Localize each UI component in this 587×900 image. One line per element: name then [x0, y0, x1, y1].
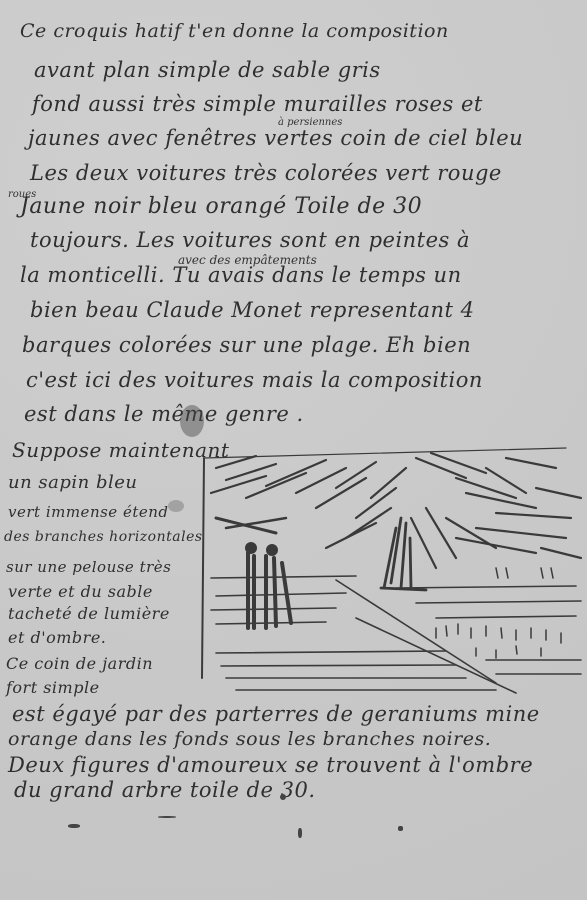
- bottom-line-2: orange dans les fonds sous les branches …: [8, 730, 491, 749]
- side-line-6: verte et du sable: [8, 584, 153, 600]
- garden-sketch: [196, 438, 587, 700]
- flower-beds: [436, 568, 561, 658]
- text-line-7: toujours. Les voitures sont en peintes à: [30, 230, 470, 251]
- bottom-line-1: est égayé par des parterres de geraniums…: [12, 704, 540, 725]
- text-line-6: Jaune noir bleu orangé Toile de 30: [20, 196, 422, 218]
- side-line-2: un sapin bleu: [8, 474, 138, 492]
- text-line-11: c'est ici des voitures mais la compositi…: [26, 370, 483, 391]
- text-line-3: fond aussi très simple murailles roses e…: [32, 94, 483, 115]
- text-line-2: avant plan simple de sable gris: [34, 60, 381, 81]
- ink-speck: [280, 794, 286, 800]
- bottom-line-3: Deux figures d'amoureux se trouvent à l'…: [8, 755, 533, 776]
- two-figures: [247, 544, 291, 628]
- ink-speck: [158, 816, 176, 818]
- side-line-9: Ce coin de jardin: [6, 656, 153, 672]
- ink-stain: [180, 405, 204, 437]
- pine-trunk: [381, 518, 426, 590]
- text-line-8: la monticelli. Tu avais dans le temps un: [20, 265, 462, 286]
- path: [336, 580, 516, 693]
- side-line-5: sur une pelouse très: [6, 560, 171, 575]
- side-line-4: des branches horizontales: [4, 530, 203, 544]
- text-line-4: jaunes avec fenêtres vertes coin de ciel…: [28, 128, 523, 149]
- side-line-10: fort simple: [6, 680, 100, 696]
- text-line-5: Les deux voitures très colorées vert rou…: [30, 163, 502, 184]
- bottom-line-4: du grand arbre toile de 30.: [14, 780, 316, 801]
- text-line-10: barques colorées sur une plage. Eh bien: [22, 335, 471, 356]
- letter-page: Ce croquis hatif t'en donne la compositi…: [0, 0, 587, 900]
- side-line-3: vert immense étend: [8, 505, 169, 520]
- text-line-9: bien beau Claude Monet representant 4: [30, 300, 475, 321]
- ink-speck: [298, 828, 302, 838]
- text-line-12: est dans le même genre .: [24, 404, 304, 425]
- side-line-7: tacheté de lumière: [8, 606, 170, 622]
- ink-speck: [68, 824, 80, 828]
- ink-stain: [168, 500, 184, 512]
- ink-speck: [398, 826, 403, 831]
- side-line-8: et d'ombre.: [8, 630, 106, 646]
- text-line-1: Ce croquis hatif t'en donne la compositi…: [20, 22, 449, 41]
